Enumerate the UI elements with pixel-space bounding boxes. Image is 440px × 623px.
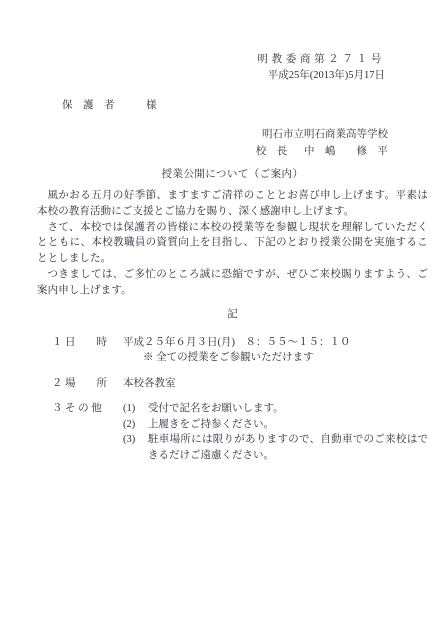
- datetime-value: 平成２５年６月３日(月) ８：５５～１５：１０: [123, 335, 428, 351]
- other-subitem-parking: (3) 駐車場所には限りがありますので、自動車でのご来校はできるだけご遠慮くださ…: [123, 432, 428, 463]
- recipient-line: 保 護 者 様: [62, 98, 428, 114]
- item-number: ２: [52, 376, 65, 392]
- other-subitem-slippers: (2) 上履きをご持参ください。: [123, 417, 428, 433]
- place-value: 本校各教室: [123, 376, 428, 392]
- document-number: 明教委商第２７１号: [37, 52, 385, 68]
- item-number: １: [52, 335, 65, 351]
- subitem-marker: (3): [123, 432, 148, 448]
- item-number: ３: [52, 401, 65, 417]
- document-title: 授業公開について（ご案内）: [37, 167, 428, 183]
- document-page: 明教委商第２７１号 平成25年(2013年)5月17日 保 護 者 様 明石市立…: [0, 0, 440, 623]
- item-label: そ の 他: [65, 401, 123, 417]
- notice-item-datetime: １ 日 時 平成２５年６月３日(月) ８：５５～１５：１０ ※ 全ての授業をご参…: [37, 335, 428, 366]
- subitem-text: 駐車場所には限りがありますので、自動車でのご来校はできるだけご遠慮ください。: [148, 432, 428, 463]
- other-subitem-reception: (1) 受付で記名をお願いします。: [123, 401, 428, 417]
- subitem-marker: (2): [123, 417, 148, 433]
- notice-list: １ 日 時 平成２５年６月３日(月) ８：５５～１５：１０ ※ 全ての授業をご参…: [37, 335, 428, 464]
- principal-name: 中 嶋 修 平: [304, 146, 388, 157]
- item-content: 平成２５年６月３日(月) ８：５５～１５：１０ ※ 全ての授業をご参観いただけま…: [123, 335, 428, 366]
- document-body: 風かおる五月の好季節、ますますご清祥のこととお喜び申し上げます。平素は本校の教育…: [37, 188, 428, 299]
- subitem-text: 受付で記名をお願いします。: [148, 401, 428, 417]
- item-content: (1) 受付で記名をお願いします。 (2) 上履きをご持参ください。 (3) 駐…: [123, 401, 428, 463]
- item-label: 日 時: [65, 335, 123, 351]
- sender-block: 明石市立明石商業高等学校 校 長中 嶋 修 平: [37, 127, 428, 160]
- subitem-marker: (1): [123, 401, 148, 417]
- body-paragraph-purpose: さて、本校では保護者の皆様に本校の授業等を参観し現状を理解していただくとともに、…: [37, 220, 428, 267]
- principal-title: 校 長: [256, 146, 288, 157]
- sender-principal-line: 校 長中 嶋 修 平: [37, 143, 388, 160]
- body-paragraph-greeting: 風かおる五月の好季節、ますますご清祥のこととお喜び申し上げます。平素は本校の教育…: [37, 188, 428, 220]
- document-date: 平成25年(2013年)5月17日: [37, 68, 385, 84]
- datetime-note: ※ 全ての授業をご参観いただけます: [143, 350, 428, 366]
- item-label: 場 所: [65, 376, 123, 392]
- item-content: 本校各教室: [123, 376, 428, 392]
- notice-item-place: ２ 場 所 本校各教室: [37, 376, 428, 392]
- subitem-text: 上履きをご持参ください。: [148, 417, 428, 433]
- notice-item-other: ３ そ の 他 (1) 受付で記名をお願いします。 (2) 上履きをご持参くださ…: [37, 401, 428, 463]
- notice-heading: 記: [37, 307, 428, 323]
- body-paragraph-invitation: つきましては、ご多忙のところ誠に恐縮ですが、ぜひご来校賜りますよう、ご案内申し上…: [37, 267, 428, 299]
- sender-school-name: 明石市立明石商業高等学校: [37, 127, 388, 143]
- document-header: 明教委商第２７１号 平成25年(2013年)5月17日: [37, 52, 428, 84]
